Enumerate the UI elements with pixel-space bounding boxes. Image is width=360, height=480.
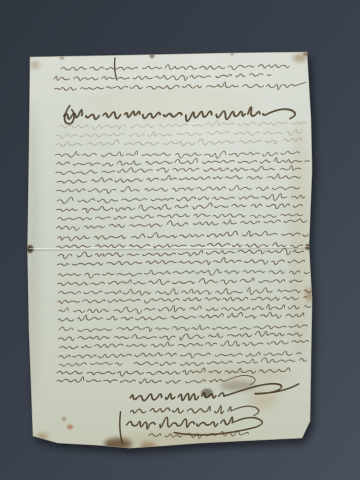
manuscript-photo xyxy=(0,0,360,480)
photo-canvas xyxy=(0,0,360,480)
